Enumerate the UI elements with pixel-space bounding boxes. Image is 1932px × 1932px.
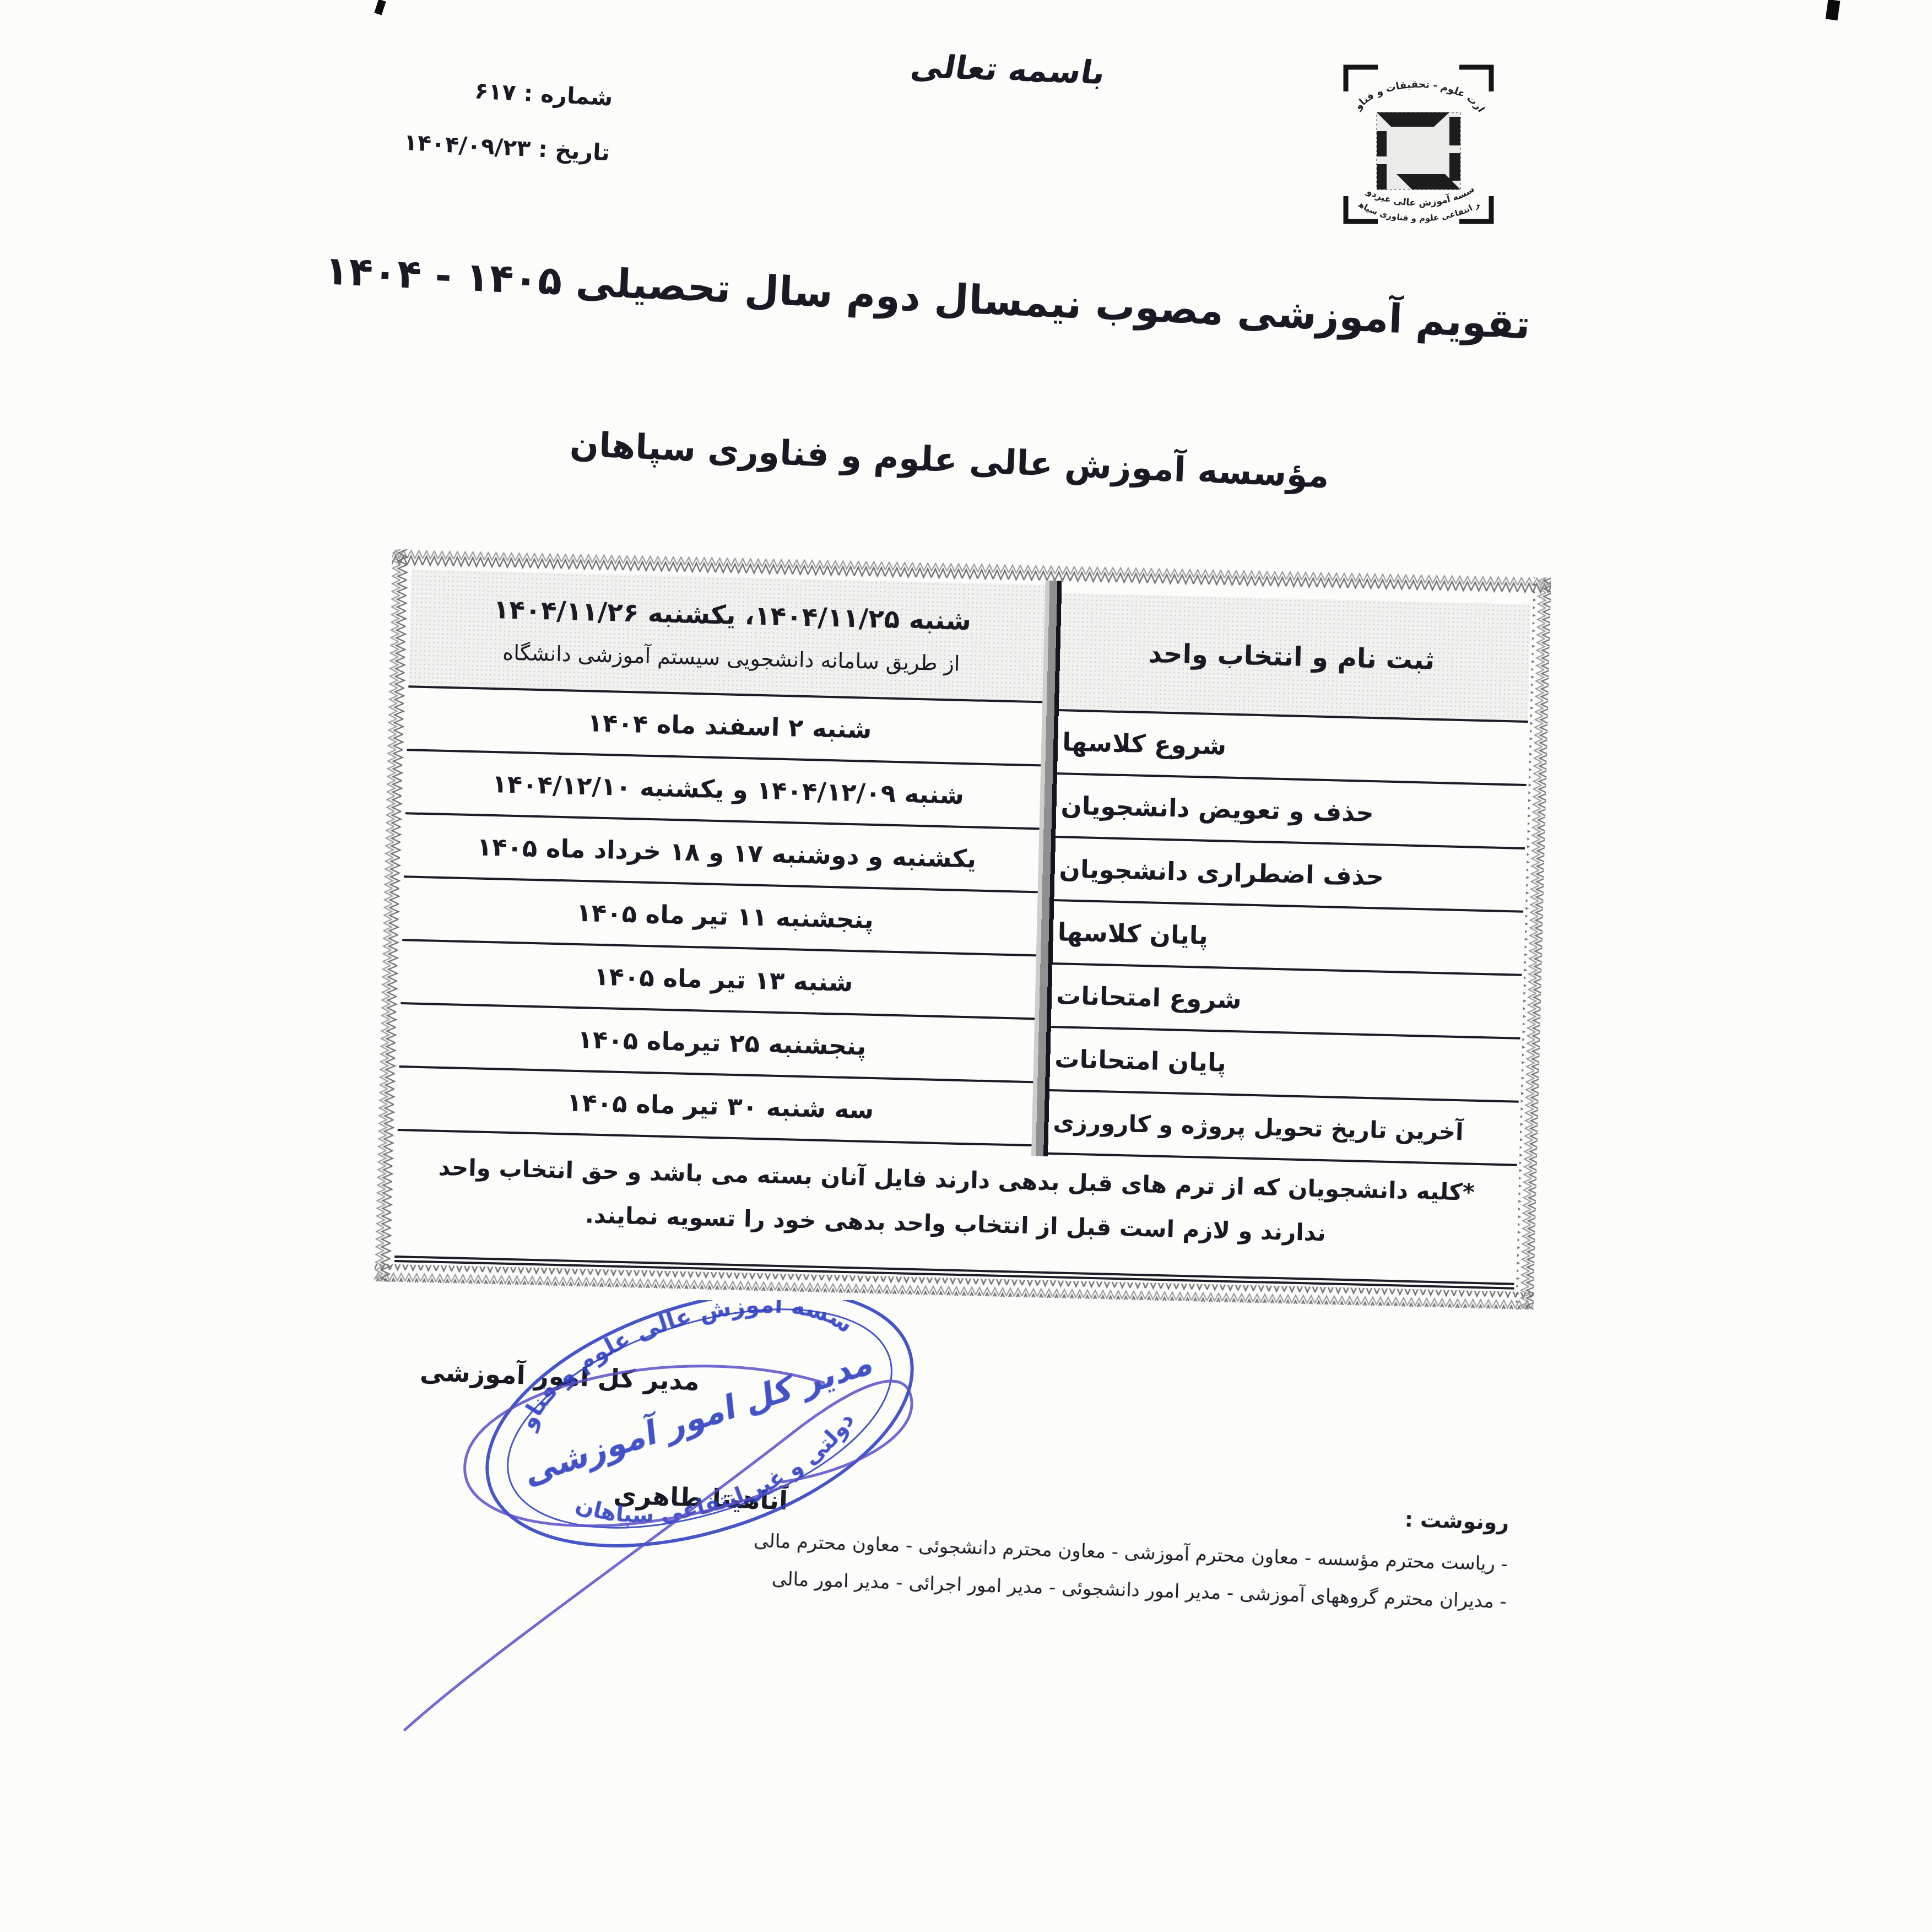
ministry-logo: وزارت علوم - تحقیقات و فناوری مؤسسه آموز… (1341, 62, 1496, 227)
event-label: شروع امتحانات (1056, 981, 1242, 1014)
letter-date: تاریخ : ۱۴۰۴/۰۹/۲۳ (285, 123, 611, 166)
date-value: شنبه ۲ اسفند ماه ۱۴۰۴ (587, 708, 872, 744)
table-row: حذف و تعویض دانشجویان (1049, 775, 1527, 849)
table-row: شروع کلاسها (1051, 711, 1528, 786)
table-footnote: *کلیه دانشجویان که از ترم های قبل بدهی د… (394, 1131, 1517, 1290)
header-event-label: ثبت نام و انتخاب واحد (1148, 638, 1435, 676)
date-value: پنجشنبه ۲۵ تیرماه ۱۴۰۵ (577, 1025, 867, 1061)
basmala-text: باسمه تعالی (840, 45, 1177, 94)
event-label: پایان امتحانات (1054, 1044, 1227, 1078)
header-date-line2: از طریق سامانه دانشجویی سیستم آموزشی دان… (502, 640, 960, 675)
date-value: پنجشنبه ۱۱ تیر ماه ۱۴۰۵ (576, 898, 874, 934)
signatory-role: مدیر کل امور آموزشی (308, 1353, 700, 1397)
table-row: پایان کلاسها (1046, 901, 1523, 976)
event-label: شروع کلاسها (1062, 727, 1227, 760)
letter-number: شماره : ۶۱۷ (288, 68, 614, 111)
cc-label: رونوشت : (572, 1481, 1509, 1535)
date-value: شنبه ۱۳ تیر ماه ۱۴۰۵ (593, 962, 853, 997)
scanned-academic-calendar-document: { "meta": { "number": "شماره : ۶۱۷", "da… (0, 0, 1932, 1932)
table-row: شروع امتحانات (1045, 965, 1522, 1040)
dates-column: شنبه ۱۴۰۴/۱۱/۲۵، یکشنبه ۱۴۰۴/۱۱/۲۶ از طر… (398, 569, 1056, 1146)
event-label: حذف و تعویض دانشجویان (1060, 791, 1374, 827)
event-label: آخرین تاریخ تحویل پروژه و کارورزی (1053, 1108, 1464, 1145)
event-label: پایان کلاسها (1057, 917, 1208, 950)
calendar-table: ثبت نام و انتخاب واحد شروع کلاسها حذف و … (374, 549, 1551, 1309)
date-value: شنبه ۱۴۰۴/۱۲/۰۹ و یکشنبه ۱۴۰۴/۱۲/۱۰ (492, 769, 965, 810)
header-date-line1: شنبه ۱۴۰۴/۱۱/۲۵، یکشنبه ۱۴۰۴/۱۱/۲۶ (493, 594, 971, 636)
document-title: تقویم آموزشی مصوب نیمسال دوم سال تحصیلی … (0, 230, 1893, 364)
table-header-event-cell: ثبت نام و انتخاب واحد (1052, 593, 1531, 723)
scan-artifact-top-left (374, 0, 386, 15)
table-row: حذف اضطراری دانشجویان (1047, 838, 1525, 913)
table-inner: ثبت نام و انتخاب واحد شروع کلاسها حذف و … (394, 569, 1531, 1289)
date-value: یکشنبه و دوشنبه ۱۷ و ۱۸ خرداد ماه ۱۴۰۵ (477, 832, 977, 873)
institute-subtitle: مؤسسه آموزش عالی علوم و فناوری سپاهان (0, 399, 1915, 521)
event-label: حذف اضطراری دانشجویان (1059, 854, 1384, 891)
logo-square-emblem (1377, 112, 1460, 190)
scan-artifact-top-right (1826, 0, 1841, 20)
cc-block: رونوشت : - ریاست محترم مؤسسه - معاون محت… (570, 1481, 1509, 1613)
table-header-date-cell: شنبه ۱۴۰۴/۱۱/۲۵، یکشنبه ۱۴۰۴/۱۱/۲۶ از طر… (408, 569, 1055, 703)
letter-meta: شماره : ۶۱۷ تاریخ : ۱۴۰۴/۰۹/۲۳ (285, 68, 614, 166)
date-value: سه شنبه ۳۰ تیر ماه ۱۴۰۵ (566, 1088, 874, 1125)
table-row: پایان امتحانات (1043, 1028, 1520, 1103)
events-column: ثبت نام و انتخاب واحد شروع کلاسها حذف و … (1041, 593, 1531, 1166)
footnote-text: *کلیه دانشجویان که از ترم های قبل بدهی د… (434, 1145, 1478, 1259)
